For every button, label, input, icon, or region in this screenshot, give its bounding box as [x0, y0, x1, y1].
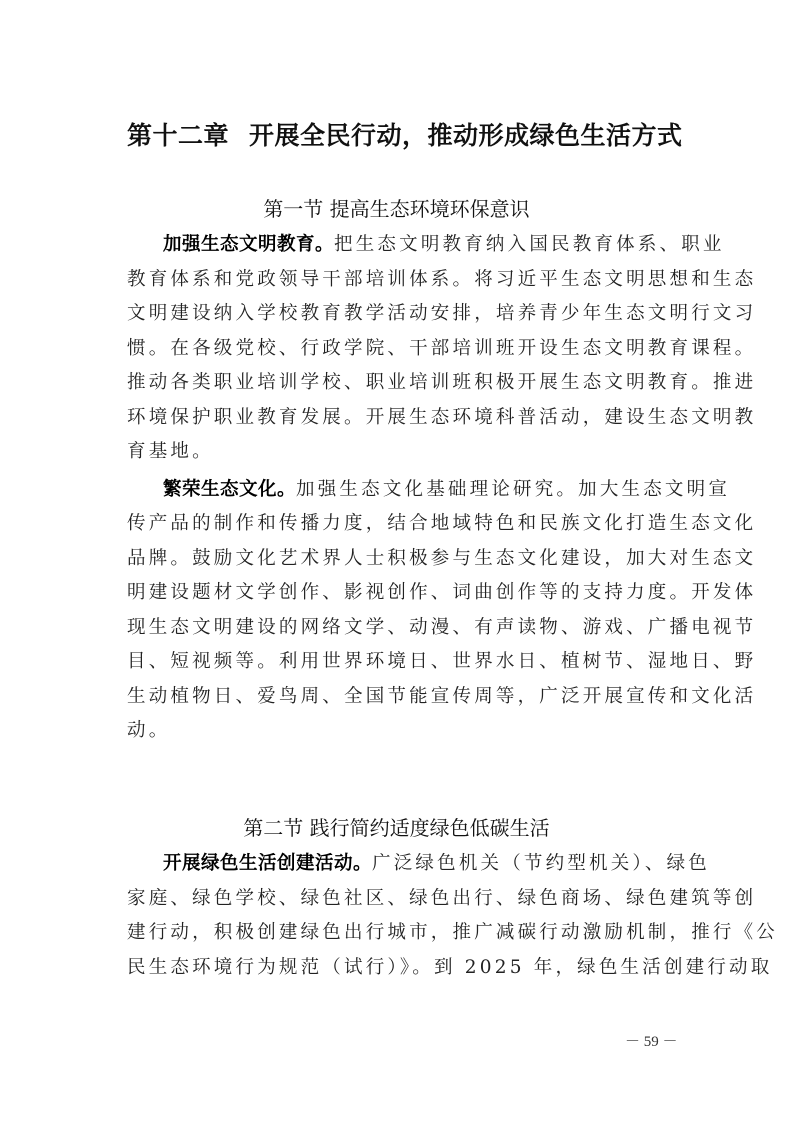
paragraph-lead: 繁荣生态文化。 [163, 479, 296, 500]
paragraph-line: 目、短视频等。利用世界环境日、世界水日、植树节、湿地日、野 [127, 645, 667, 680]
paragraph-line: 加强生态文明教育。把生态文明教育纳入国民教育体系、职业 [127, 228, 667, 263]
section-title-1: 第一节 提高生态环境环保意识 [0, 193, 793, 222]
paragraph-line: 明建设题材文学创作、影视创作、词曲创作等的支持力度。开发体 [127, 576, 667, 611]
paragraph-line: 传产品的制作和传播力度，结合地域特色和民族文化打造生态文化 [127, 507, 667, 542]
paragraph-line: 开展绿色生活创建活动。广泛绿色机关（节约型机关）、绿色 [127, 847, 667, 882]
chapter-title-text: 开展全民行动，推动形成绿色生活方式 [249, 121, 683, 150]
paragraph-line: 推动各类职业培训学校、职业培训班积极开展生态文明教育。推进 [127, 366, 667, 401]
paragraph-line: 现生态文明建设的网络文学、动漫、有声读物、游戏、广播电视节 [127, 611, 667, 646]
paragraph-line: 品牌。鼓励文化艺术界人士积极参与生态文化建设，加大对生态文 [127, 542, 667, 577]
chapter-number: 第十二章 [127, 121, 229, 150]
section-1-body: 加强生态文明教育。把生态文明教育纳入国民教育体系、职业 教育体系和党政领导干部培… [127, 228, 667, 749]
paragraph-line: 环境保护职业教育发展。开展生态环境科普活动，建设生态文明教 [127, 401, 667, 436]
paragraph-line: 家庭、绿色学校、绿色社区、绿色出行、绿色商场、绿色建筑等创 [127, 882, 667, 917]
paragraph-line: 民生态环境行为规范（试行）》。到 2025 年，绿色生活创建行动取 [127, 951, 667, 986]
section-title-2: 第二节 践行简约适度绿色低碳生活 [0, 812, 793, 841]
paragraph-line: 建行动，积极创建绿色出行城市，推广减碳行动激励机制，推行《公 [127, 916, 667, 951]
paragraph-line: 文明建设纳入学校教育教学活动安排，培养青少年生态文明行文习 [127, 297, 667, 332]
paragraph-line: 惯。在各级党校、行政学院、干部培训班开设生态文明教育课程。 [127, 332, 667, 367]
section-2-body: 开展绿色生活创建活动。广泛绿色机关（节约型机关）、绿色 家庭、绿色学校、绿色社区… [127, 847, 667, 985]
document-page: 第十二章开展全民行动，推动形成绿色生活方式 第一节 提高生态环境环保意识 加强生… [0, 0, 793, 1122]
paragraph-line: 教育体系和党政领导干部培训体系。将习近平生态文明思想和生态 [127, 263, 667, 298]
paragraph-line: 动。 [127, 714, 667, 749]
paragraph-line: 生动植物日、爱鸟周、全国节能宣传周等，广泛开展宣传和文化活 [127, 680, 667, 715]
paragraph-lead: 开展绿色生活创建活动。 [163, 853, 372, 874]
chapter-title: 第十二章开展全民行动，推动形成绿色生活方式 [127, 116, 687, 152]
paragraph-line: 育基地。 [127, 435, 667, 470]
page-number: － 59 － [625, 1030, 678, 1051]
paragraph-lead: 加强生态文明教育。 [163, 234, 334, 255]
paragraph-line: 繁荣生态文化。加强生态文化基础理论研究。加大生态文明宣 [127, 473, 667, 508]
